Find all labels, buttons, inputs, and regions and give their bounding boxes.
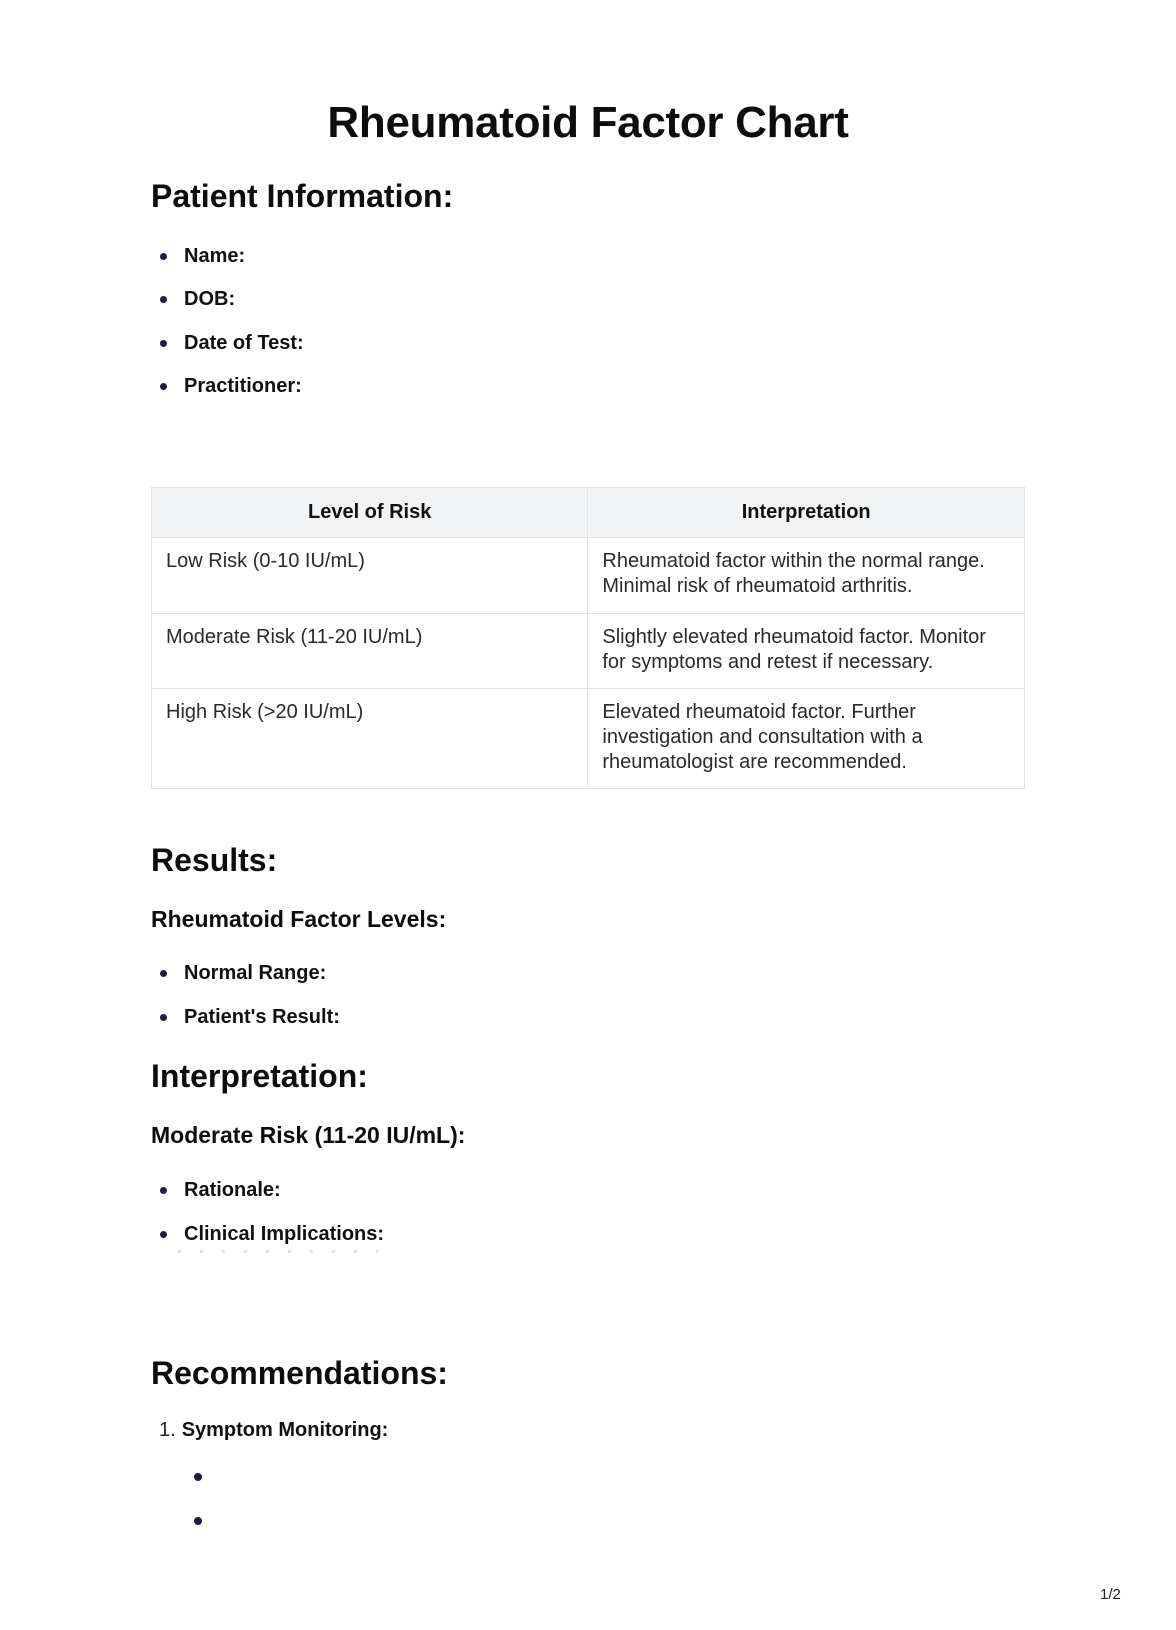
recommendation-label: Symptom Monitoring: xyxy=(182,1419,389,1442)
field-label: DOB: xyxy=(184,288,235,311)
list-number: 1. xyxy=(159,1419,176,1442)
patient-field-practitioner: Practitioner: xyxy=(160,372,302,400)
interpretation-cell: Rheumatoid factor within the normal rang… xyxy=(588,538,1025,614)
bullet-icon xyxy=(160,383,167,390)
results-field-patient-result: Patient's Result: xyxy=(160,1003,340,1031)
patient-field-name: Name: xyxy=(160,242,245,270)
interpretation-field-rationale: Rationale: xyxy=(160,1176,281,1204)
risk-level-table: Level of Risk Interpretation Low Risk (0… xyxy=(151,487,1025,789)
table-row: Moderate Risk (11-20 IU/mL) Slightly ele… xyxy=(152,614,1025,689)
document-title: Rheumatoid Factor Chart xyxy=(0,98,1176,148)
page-cut-artifact xyxy=(178,1250,378,1253)
table-row: Low Risk (0-10 IU/mL) Rheumatoid factor … xyxy=(152,538,1025,614)
column-header-interpretation: Interpretation xyxy=(588,488,1025,538)
risk-level-cell: Moderate Risk (11-20 IU/mL) xyxy=(152,614,588,689)
interpretation-cell: Slightly elevated rheumatoid factor. Mon… xyxy=(588,614,1025,689)
field-label: Rationale: xyxy=(184,1179,281,1202)
sub-bullet-icon xyxy=(194,1473,202,1481)
results-heading: Results: xyxy=(151,842,277,879)
page-indicator: 1/2 xyxy=(1100,1586,1121,1603)
table-row: High Risk (>20 IU/mL) Elevated rheumatoi… xyxy=(152,689,1025,789)
recommendations-heading: Recommendations: xyxy=(151,1355,448,1392)
interpretation-field-clinical-implications: Clinical Implications: xyxy=(160,1220,384,1248)
bullet-icon xyxy=(160,970,167,977)
rheumatoid-factor-levels-subheading: Rheumatoid Factor Levels: xyxy=(151,906,446,933)
sub-bullet-icon xyxy=(194,1517,202,1525)
field-label: Date of Test: xyxy=(184,332,304,355)
field-label: Practitioner: xyxy=(184,375,302,398)
field-label: Normal Range: xyxy=(184,962,326,985)
field-label: Name: xyxy=(184,245,245,268)
risk-level-cell: Low Risk (0-10 IU/mL) xyxy=(152,538,588,614)
risk-level-cell: High Risk (>20 IU/mL) xyxy=(152,689,588,789)
table-header-row: Level of Risk Interpretation xyxy=(152,488,1025,538)
bullet-icon xyxy=(160,253,167,260)
bullet-icon xyxy=(160,340,167,347)
bullet-icon xyxy=(160,296,167,303)
interpretation-cell: Elevated rheumatoid factor. Further inve… xyxy=(588,689,1025,789)
moderate-risk-subheading: Moderate Risk (11-20 IU/mL): xyxy=(151,1122,465,1149)
bullet-icon xyxy=(160,1014,167,1021)
patient-field-dob: DOB: xyxy=(160,285,235,313)
bullet-icon xyxy=(160,1187,167,1194)
patient-field-date-of-test: Date of Test: xyxy=(160,329,304,357)
recommendation-item-symptom-monitoring: 1. Symptom Monitoring: xyxy=(159,1416,388,1444)
patient-information-heading: Patient Information: xyxy=(151,178,453,215)
interpretation-heading: Interpretation: xyxy=(151,1058,368,1095)
field-label: Clinical Implications: xyxy=(184,1223,384,1246)
column-header-level-of-risk: Level of Risk xyxy=(152,488,588,538)
results-field-normal-range: Normal Range: xyxy=(160,959,326,987)
bullet-icon xyxy=(160,1231,167,1238)
field-label: Patient's Result: xyxy=(184,1006,340,1029)
